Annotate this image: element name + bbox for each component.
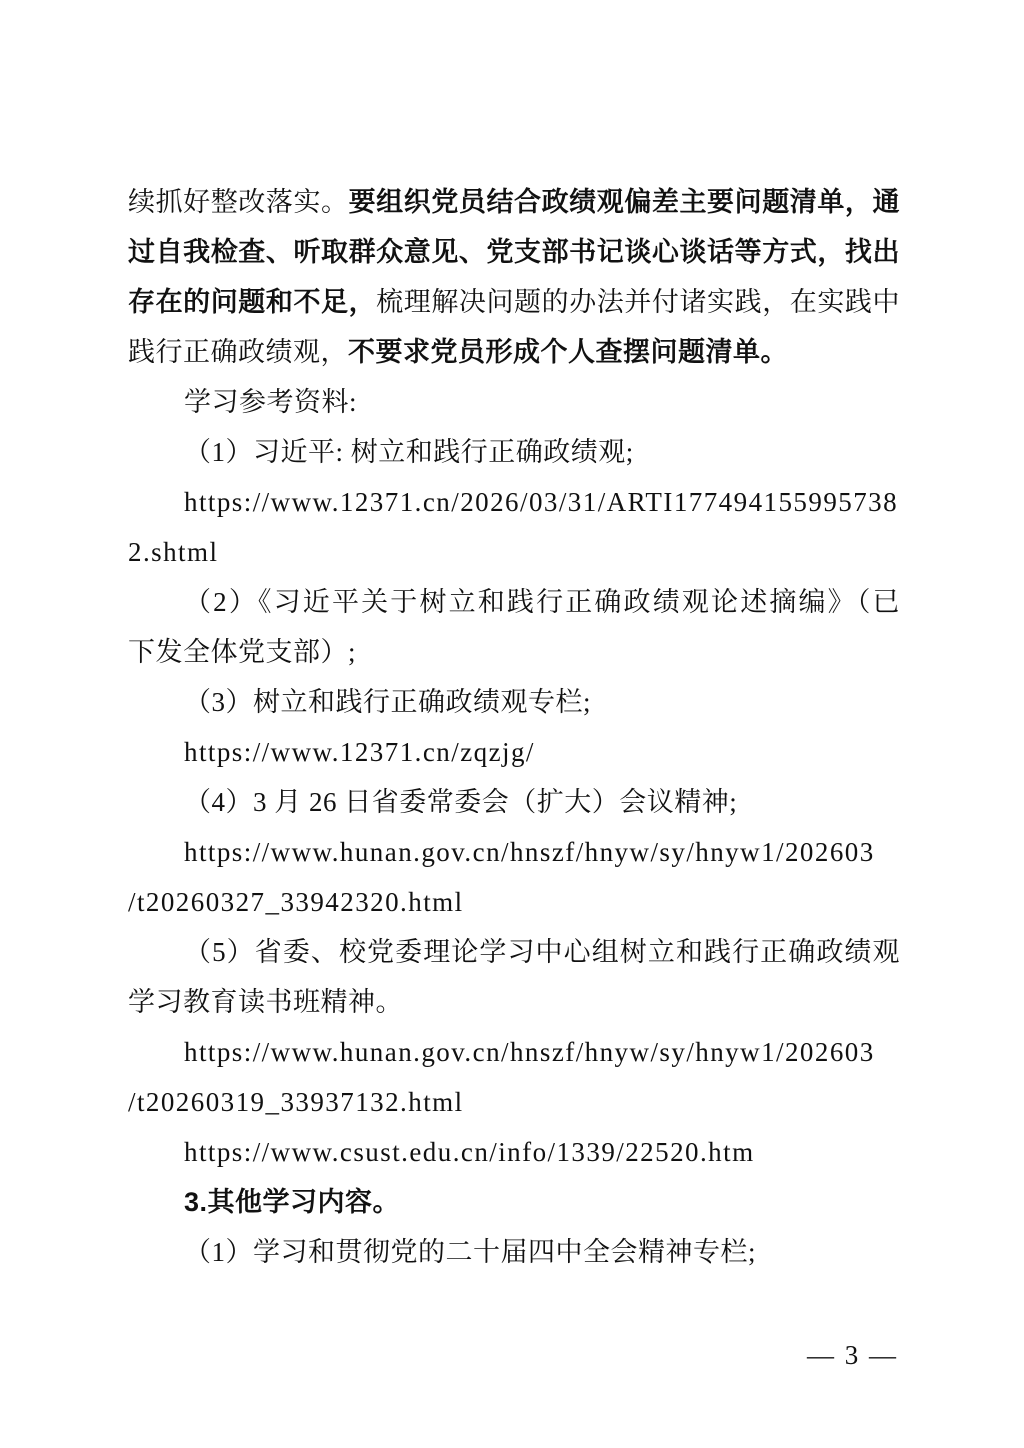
section3-heading: 3.其他学习内容。 — [128, 1177, 900, 1227]
reference-item-4-url-line-2: /t20260327_33942320.html — [128, 877, 900, 927]
reference-item-5-label-line-2: 学习教育读书班精神。 — [128, 977, 900, 1027]
reference-item-4-url-line-1: https://www.hunan.gov.cn/hnszf/hnyw/sy/h… — [128, 827, 900, 877]
reference-item-5-label-line-1: （5）省委、校党委理论学习中心组树立和践行正确政绩观 — [128, 927, 900, 977]
item-text: 下发全体党支部）; — [128, 637, 356, 667]
url-text: https://www.12371.cn/2026/03/31/ARTI1774… — [184, 487, 898, 517]
body-text-bold: 不要求党员形成个人查摆问题清单。 — [348, 337, 788, 367]
url-text: https://www.hunan.gov.cn/hnszf/hnyw/sy/h… — [184, 837, 875, 867]
opening-paragraph-line-2: 过自我检查、听取群众意见、党支部书记谈心谈话等方式，找出 — [128, 227, 900, 277]
item-text: （2）《习近平关于树立和践行正确政绩观论述摘编》（已 — [184, 587, 900, 617]
body-text: 践行正确政绩观， — [128, 337, 348, 367]
reference-item-3-url: https://www.12371.cn/zqzjg/ — [128, 727, 900, 777]
reference-item-1-url-line-2: 2.shtml — [128, 527, 900, 577]
reference-item-2-label-line-1: （2）《习近平关于树立和践行正确政绩观论述摘编》（已 — [128, 577, 900, 627]
document-body: 续抓好整改落实。要组织党员结合政绩观偏差主要问题清单，通 过自我检查、听取群众意… — [128, 177, 900, 1277]
url-text: /t20260327_33942320.html — [128, 887, 464, 917]
reference-item-1-url-line-1: https://www.12371.cn/2026/03/31/ARTI1774… — [128, 477, 900, 527]
heading-text: 学习参考资料: — [184, 387, 357, 417]
url-text: https://www.hunan.gov.cn/hnszf/hnyw/sy/h… — [184, 1037, 875, 1067]
reference-item-1-label: （1）习近平: 树立和践行正确政绩观; — [128, 427, 900, 477]
url-text: https://www.12371.cn/zqzjg/ — [184, 737, 535, 767]
item-text: （5）省委、校党委理论学习中心组树立和践行正确政绩观 — [184, 937, 900, 967]
section3-item-1: （1）学习和贯彻党的二十届四中全会精神专栏; — [128, 1227, 900, 1277]
body-text: 梳理解决问题的办法并付诸实践，在实践中 — [376, 287, 900, 317]
page-number: — 3 — — [807, 1340, 898, 1370]
reference-item-5-url1-line-1: https://www.hunan.gov.cn/hnszf/hnyw/sy/h… — [128, 1027, 900, 1077]
url-text: 2.shtml — [128, 537, 218, 567]
reference-item-5-url1-line-2: /t20260319_33937132.html — [128, 1077, 900, 1127]
reference-item-3-label: （3）树立和践行正确政绩观专栏; — [128, 677, 900, 727]
reference-item-2-label-line-2: 下发全体党支部）; — [128, 627, 900, 677]
url-text: https://www.csust.edu.cn/info/1339/22520… — [184, 1137, 755, 1167]
reference-item-4-label: （4）3 月 26 日省委常委会（扩大）会议精神; — [128, 777, 900, 827]
url-text: /t20260319_33937132.html — [128, 1087, 464, 1117]
item-text: （1）学习和贯彻党的二十届四中全会精神专栏; — [184, 1237, 756, 1267]
study-materials-heading: 学习参考资料: — [128, 377, 900, 427]
reference-item-5-url2: https://www.csust.edu.cn/info/1339/22520… — [128, 1127, 900, 1177]
body-text-bold: 存在的问题和不足， — [128, 287, 376, 317]
body-text: 续抓好整改落实。 — [128, 187, 349, 217]
document-page: 续抓好整改落实。要组织党员结合政绩观偏差主要问题清单，通 过自我检查、听取群众意… — [0, 0, 1024, 1448]
item-text: （1）习近平: 树立和践行正确政绩观; — [184, 437, 634, 467]
body-text-bold: 要组织党员结合政绩观偏差主要问题清单，通 — [349, 187, 900, 217]
opening-paragraph-line-1: 续抓好整改落实。要组织党员结合政绩观偏差主要问题清单，通 — [128, 177, 900, 227]
item-text: （3）树立和践行正确政绩观专栏; — [184, 687, 591, 717]
item-text: 学习教育读书班精神。 — [128, 987, 403, 1017]
item-text: （4）3 月 26 日省委常委会（扩大）会议精神; — [184, 787, 737, 817]
opening-paragraph-line-4: 践行正确政绩观，不要求党员形成个人查摆问题清单。 — [128, 327, 900, 377]
opening-paragraph-line-3: 存在的问题和不足，梳理解决问题的办法并付诸实践，在实践中 — [128, 277, 900, 327]
body-text-bold: 过自我检查、听取群众意见、党支部书记谈心谈话等方式，找出 — [128, 237, 900, 267]
heading-text-bold: 3.其他学习内容。 — [184, 1187, 400, 1217]
